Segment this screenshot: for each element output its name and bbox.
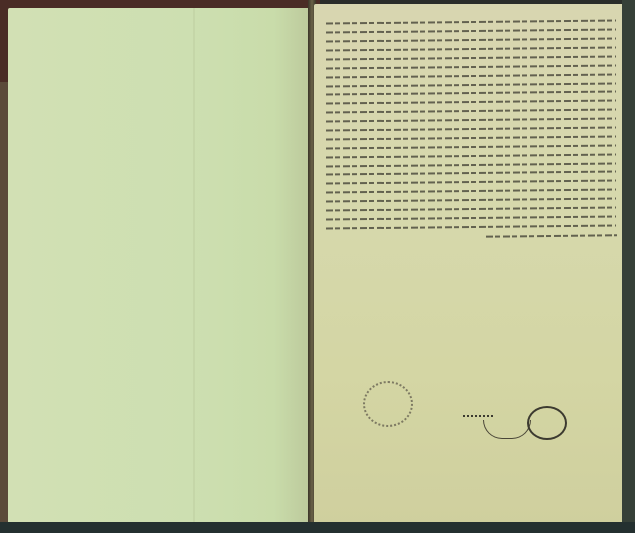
handwritten-line	[326, 144, 616, 149]
handwritten-line	[326, 171, 616, 176]
handwritten-line	[326, 118, 616, 123]
handwritten-line	[326, 153, 616, 158]
text-right-page	[314, 4, 624, 526]
handwritten-line	[326, 215, 616, 220]
handwritten-line	[326, 46, 616, 51]
handwritten-line	[326, 82, 616, 87]
handwritten-line	[326, 73, 616, 78]
handwritten-line	[326, 100, 616, 105]
handwritten-line	[326, 91, 616, 96]
background-edge	[622, 0, 635, 533]
handwritten-line	[326, 109, 616, 114]
handwritten-line	[326, 64, 616, 69]
handwritten-line	[326, 198, 616, 203]
oval-ownership-seal	[527, 406, 567, 440]
handwritten-line	[326, 29, 616, 34]
handwritten-line	[326, 162, 616, 167]
handwritten-line	[326, 55, 616, 60]
round-seal-stamp	[363, 381, 413, 427]
handwritten-line	[326, 189, 616, 194]
handwritten-text-block	[326, 14, 616, 244]
book-cover-edge	[0, 82, 8, 522]
handwritten-line	[326, 38, 616, 43]
blank-left-page	[8, 8, 310, 525]
handwritten-line	[326, 20, 616, 25]
manuscript-photo	[0, 0, 635, 533]
handwritten-line	[326, 180, 616, 185]
handwritten-line	[326, 135, 616, 140]
handwritten-line	[326, 126, 616, 131]
ink-marks	[463, 407, 493, 417]
handwritten-line	[326, 224, 616, 229]
book-cover-edge	[0, 0, 8, 82]
background-edge	[0, 522, 635, 533]
handwritten-line	[326, 206, 616, 211]
handwritten-line	[485, 234, 616, 237]
